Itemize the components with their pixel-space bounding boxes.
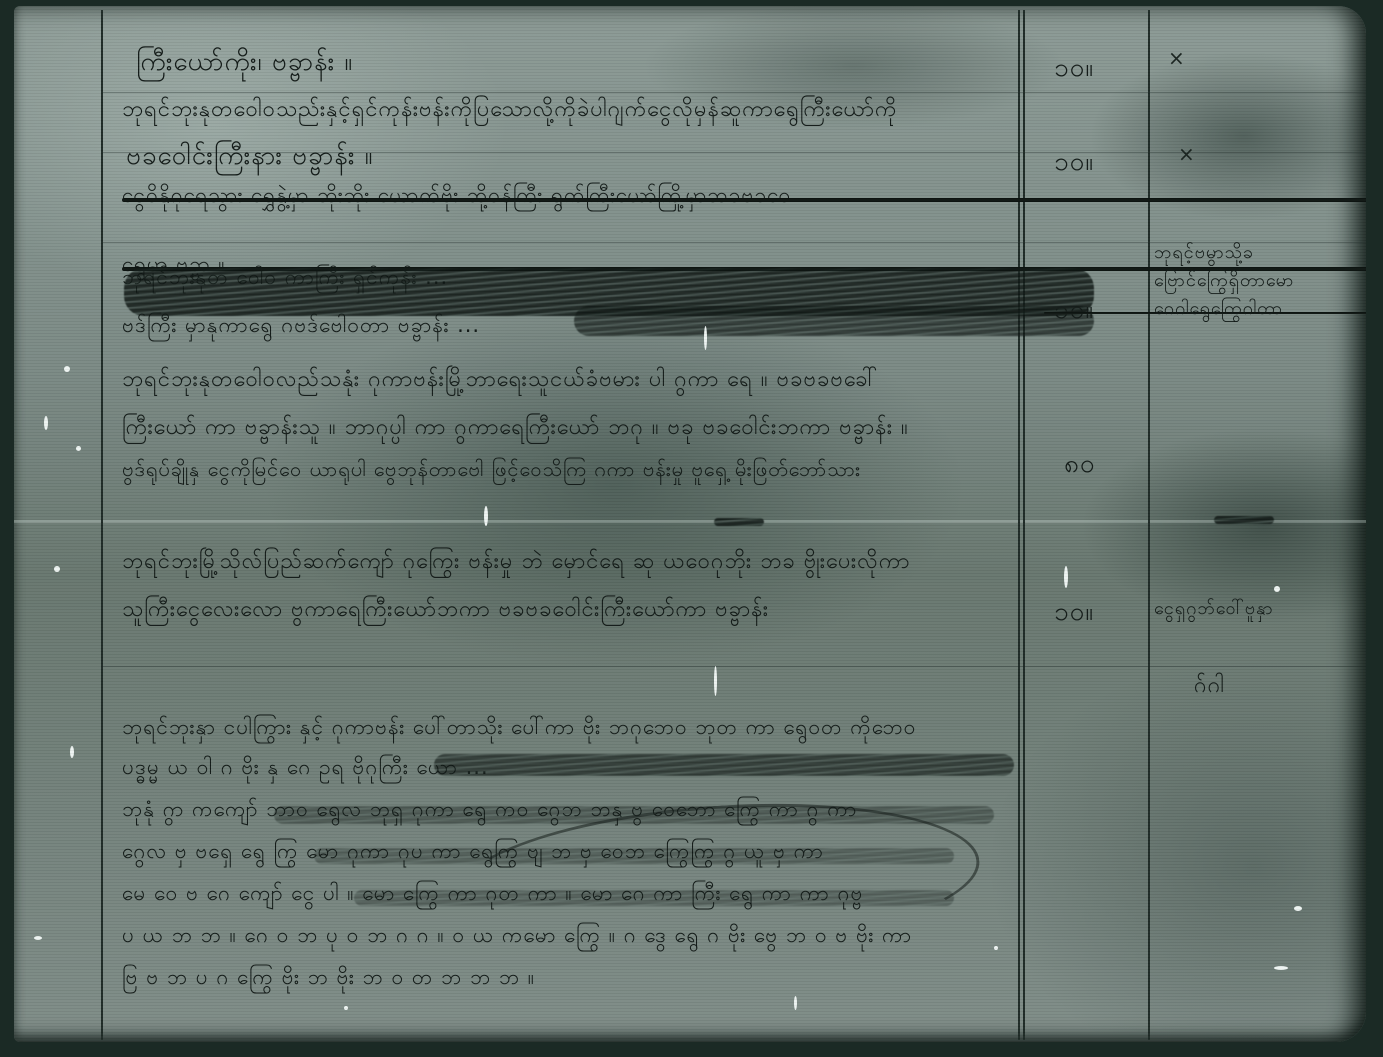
text-line-13: သူကြီးငွေလေးလော ဗွကာရေကြီးယော်ဘကာ ဗခဗခဝေ… — [122, 594, 769, 627]
text-line-14: ဘုရင်ဘုးနှာ ငပါကြွား နှင့် ဂုကာဗန်း ပေါ်… — [122, 714, 916, 745]
numeral-1: ၁၀။ — [1054, 50, 1094, 89]
dust-speck — [994, 946, 998, 950]
annotation-note-4: ငွေရှဂွဘ်ဝေါ်ဗူနှာ — [1154, 596, 1274, 623]
annotation-note-3: ဂေဂါရွေကြွေဂါတာ — [1154, 296, 1283, 323]
dust-speck — [1294, 906, 1302, 911]
text-line-8-scribbled: ဗဒ်ကြီး မှာနုကာရွေ ဂဗဒ်ဗေါဝတာ ဗခ္ဗာန်း .… — [122, 312, 480, 343]
numeral-rule-left — [1018, 10, 1020, 1040]
text-line-9: ဘုရင်ဘုးနုတဝေါဝလည်သနုံး ဂုကာဗန်းမြို့ဘာရ… — [122, 364, 878, 397]
manuscript-scan: ကြီးယော်ကိုး၊ ဗခ္ဗာန်း ။ ဘုရင်ဘုးနုတဝေါဝ… — [0, 0, 1383, 1057]
ink-scribble — [574, 306, 1094, 336]
text-line-15: ပဒ္ဓမ္မ ယ ဝါ ဂ ဗိုး နှ ဂေ ဥရ ဗိုဂုကြီး ယ… — [122, 754, 489, 785]
annotation-note-1: ဘုရင့်ဗမွာသို့ခ — [1154, 240, 1254, 267]
ink-scribble — [434, 754, 1014, 776]
smudge — [1214, 516, 1274, 524]
dust-speck — [70, 746, 74, 758]
text-line-4-struck: ငွေဝိနိုဂုရေသွား ရွှေနွဲ့မှာ ဘိုးဘိုး ယေ… — [122, 182, 1366, 213]
annotation-rule — [1148, 10, 1150, 1040]
annotation-note-5: ဂ်ဂါ — [1194, 670, 1225, 703]
text-line-11: ဗွဒ်ရုပ်ချိုနှ ငွေကိုမြင်ဝေ ယာရုပါ ဗွေဘု… — [122, 456, 861, 486]
ruling-line — [102, 666, 1366, 667]
fold-crease — [14, 520, 1366, 523]
dust-speck — [1064, 566, 1068, 588]
numeral-5: ၁၀။ — [1054, 594, 1094, 633]
text-line-2: ဘုရင်ဘုးနုတဝေါဝသည်းနှင့်ရှင်ကုန်းဗန်းကို… — [122, 94, 897, 127]
smudge — [714, 518, 764, 526]
text-line-10: ကြီးယော် ကာ ဗခ္ဗာန်းသူ ။ ဘာဂုပ္ပါ ကာ ဂွက… — [122, 412, 909, 445]
dust-speck — [1274, 966, 1288, 970]
numeral-rule-left-double — [1023, 10, 1025, 1040]
ruling-line — [102, 92, 1366, 93]
dust-speck — [1274, 586, 1280, 592]
dust-speck — [484, 506, 488, 526]
dust-speck — [704, 326, 707, 350]
dust-speck — [76, 446, 81, 451]
numeral-4: ၈၀ — [1064, 446, 1095, 485]
manuscript-leaf: ကြီးယော်ကိုး၊ ဗခ္ဗာန်း ။ ဘုရင်ဘုးနုတဝေါဝ… — [14, 6, 1366, 1042]
dust-speck — [714, 666, 717, 696]
dust-speck — [54, 566, 60, 572]
text-line-20: ဗြ ဗ ဘ ပ ဂ ကြွေ ဗိုး ဘ ဗိုး ဘ ဝ တ ဘ ဘ ဘ … — [122, 964, 535, 995]
cross-mark: × — [1168, 46, 1185, 70]
dust-speck — [794, 996, 797, 1010]
cross-mark: × — [1178, 142, 1195, 166]
margin-rule — [101, 10, 103, 1040]
numeral-2: ၁၀။ — [1054, 144, 1094, 183]
dust-speck — [64, 366, 70, 372]
strike-through — [122, 198, 1366, 202]
text-line-1: ကြီးယော်ကိုး၊ ဗခ္ဗာန်း ။ — [136, 44, 353, 83]
dust-speck — [44, 416, 48, 430]
annotation-note-2: ဗြောင်ကြွေရှိတာမော — [1154, 268, 1294, 295]
text-line-3: ဗခဝေါင်းကြီးနား ဗခ္ဗာန်း ။ — [126, 138, 374, 177]
dust-speck — [34, 936, 42, 940]
text-line-12: ဘုရင်ဘုးမြို့သိုလ်ပြည်ဆက်ကျော် ဂုကြွေး ဗ… — [122, 546, 910, 579]
dust-speck — [344, 1006, 348, 1010]
